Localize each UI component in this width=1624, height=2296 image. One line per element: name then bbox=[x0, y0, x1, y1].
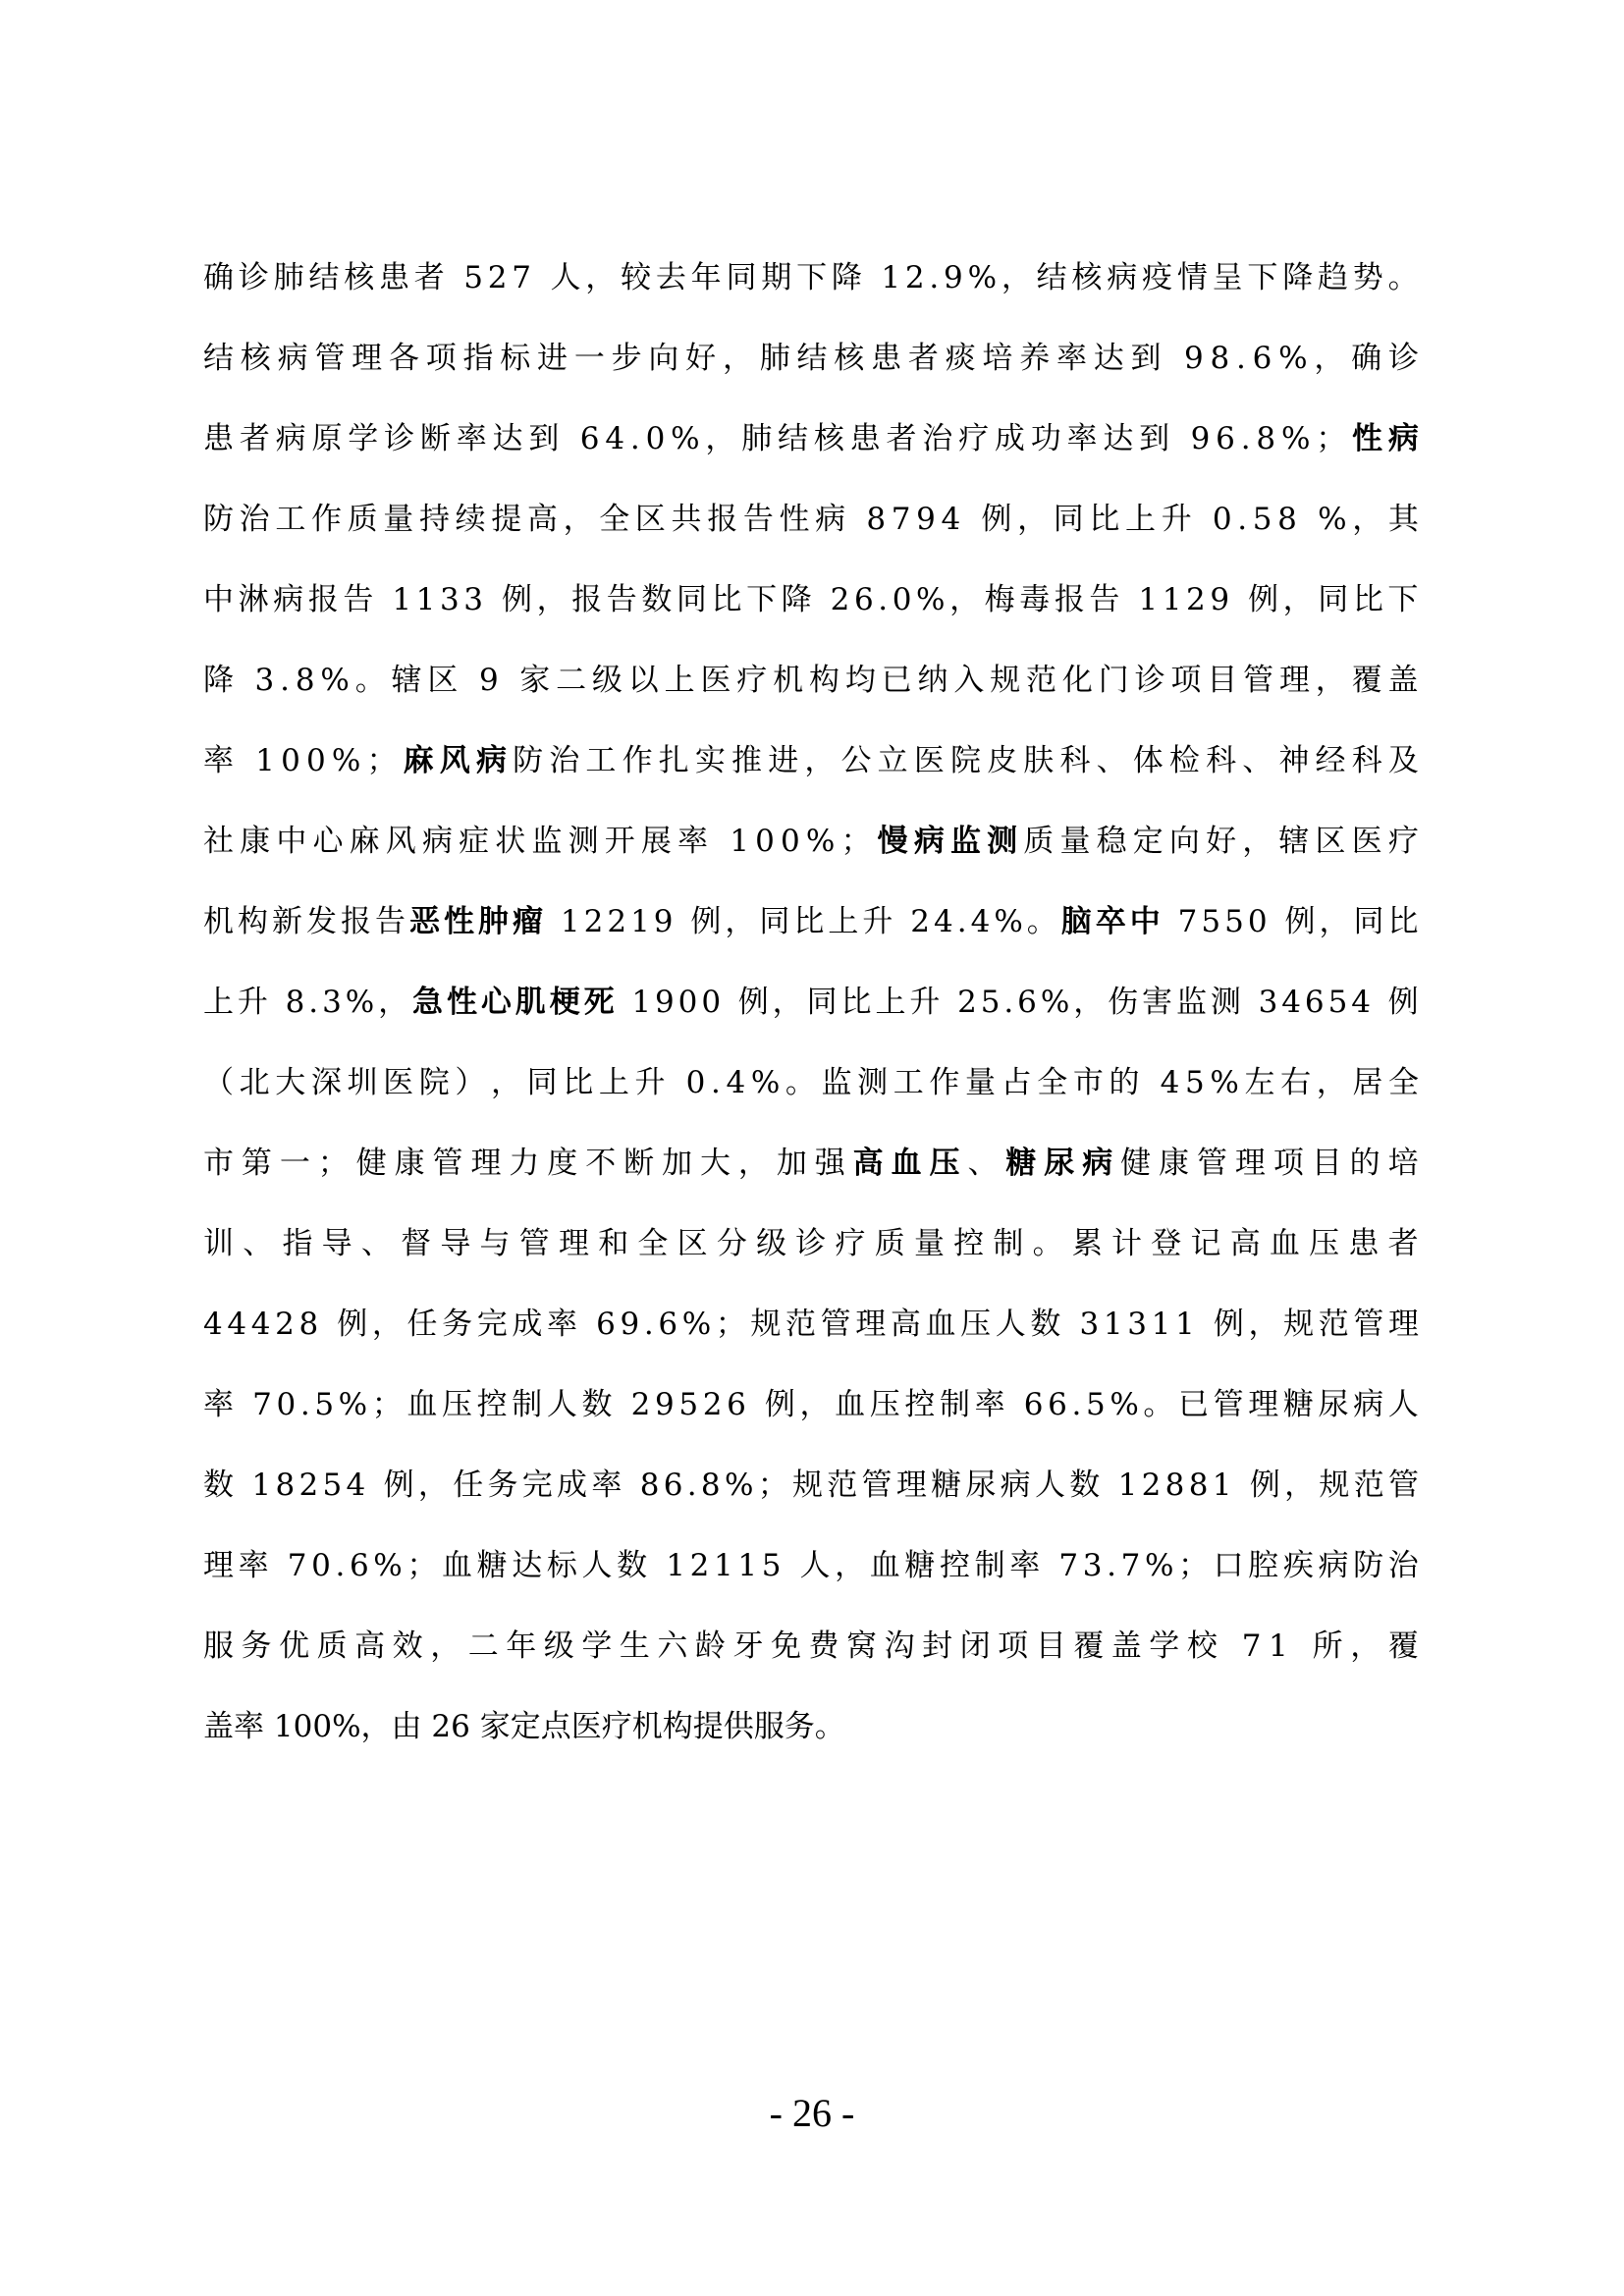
text-char bbox=[1245, 978, 1255, 1058]
text-char bbox=[1167, 334, 1177, 414]
text-char: 结 bbox=[778, 414, 808, 495]
text-char bbox=[1175, 414, 1185, 495]
text-char: 报 bbox=[571, 575, 602, 656]
text-char: 5 bbox=[322, 1461, 342, 1541]
text-char: 区 bbox=[1316, 817, 1346, 897]
text-char: 化 bbox=[1062, 656, 1093, 736]
text-char: 情 bbox=[1177, 253, 1208, 334]
highlighted-term-char: 高 bbox=[853, 1139, 884, 1219]
text-line: 理率 70.6%；血糖达标人数 12115 人，血糖控制率 73.7%；口腔疾病… bbox=[203, 1541, 1419, 1622]
text-char: 腔 bbox=[1248, 1541, 1278, 1622]
text-char bbox=[1199, 1300, 1209, 1380]
text-char: 4 bbox=[1351, 978, 1371, 1058]
text-char bbox=[652, 1541, 662, 1622]
text-char: 其 bbox=[1388, 495, 1419, 575]
text-char: 报 bbox=[707, 495, 737, 575]
text-char: 率 bbox=[203, 1380, 234, 1461]
text-char: 高 bbox=[891, 1300, 921, 1380]
text-char: . bbox=[1236, 334, 1246, 414]
text-char: 5 bbox=[1224, 897, 1244, 978]
text-char: 7 bbox=[892, 495, 911, 575]
text-line: 服务优质高效，二年级学生六龄牙免费窝沟封闭项目覆盖学校 71 所，覆 bbox=[203, 1622, 1419, 1702]
text-char: 例 bbox=[1284, 897, 1315, 978]
text-char: 服 bbox=[754, 1702, 785, 1783]
text-char: 康 bbox=[1159, 1139, 1189, 1219]
text-char: 标 bbox=[500, 334, 530, 414]
text-char: 1 bbox=[416, 575, 436, 656]
text-char: 心 bbox=[312, 817, 343, 897]
text-char: 4 bbox=[971, 897, 991, 978]
text-char: 例 bbox=[384, 1461, 414, 1541]
document-page: 确诊肺结核患者 527 人，较去年同期下降 12.9%，结核病疫情呈下降趋势。结… bbox=[0, 0, 1624, 2296]
text-char: 及 bbox=[1388, 736, 1419, 817]
text-char: 各 bbox=[389, 334, 419, 414]
highlighted-term-char: 尿 bbox=[1044, 1139, 1074, 1219]
text-char: 达 bbox=[512, 1541, 542, 1622]
text-char: 8 bbox=[1189, 1461, 1209, 1541]
text-char: 持 bbox=[419, 495, 450, 575]
text-char: 门 bbox=[1099, 656, 1129, 736]
text-char: 已 bbox=[882, 656, 912, 736]
text-char bbox=[816, 575, 826, 656]
text-char: 推 bbox=[731, 736, 762, 817]
text-char: 0 bbox=[276, 1380, 296, 1461]
text-line: （北大深圳医院），同比上升 0.4%。监测工作量占全市的 45%左右，居全 bbox=[203, 1058, 1419, 1139]
text-char: 6 bbox=[1253, 334, 1272, 414]
text-char: 到 bbox=[528, 414, 559, 495]
text-char: 升 bbox=[909, 978, 940, 1058]
text-char: 1 bbox=[714, 1541, 733, 1622]
text-char: ； bbox=[1316, 414, 1346, 495]
text-char: 数 bbox=[641, 575, 672, 656]
text-char: 强 bbox=[815, 1139, 845, 1219]
text-char: 计 bbox=[1111, 1219, 1142, 1300]
text-char: ， bbox=[1319, 897, 1349, 978]
text-char: 5 bbox=[1253, 495, 1272, 575]
text-char: 范 bbox=[827, 1461, 857, 1541]
text-char: 9 bbox=[944, 253, 963, 334]
highlighted-term-char: 糖 bbox=[1005, 1139, 1036, 1219]
text-char: 进 bbox=[537, 334, 568, 414]
text-char bbox=[378, 575, 388, 656]
text-char bbox=[1295, 1622, 1305, 1702]
text-char: 已 bbox=[1178, 1380, 1209, 1461]
text-char: 势 bbox=[1353, 253, 1383, 334]
text-char: 理 bbox=[1388, 1300, 1419, 1380]
text-char: % bbox=[1041, 978, 1069, 1058]
text-char: 医 bbox=[700, 656, 731, 736]
text-char: . bbox=[711, 1058, 721, 1139]
text-char: 尿 bbox=[1319, 1380, 1349, 1461]
text-char bbox=[671, 1058, 680, 1139]
text-char: 高 bbox=[354, 1622, 385, 1702]
text-char: 供 bbox=[724, 1702, 754, 1783]
text-char: 标 bbox=[547, 1541, 577, 1622]
text-char: 1 bbox=[561, 897, 580, 978]
text-char: 的 bbox=[1350, 1139, 1380, 1219]
text-char: . bbox=[929, 253, 939, 334]
text-char: 治 bbox=[549, 736, 579, 817]
text-char: 度 bbox=[547, 1139, 577, 1219]
text-char: 告 bbox=[343, 575, 373, 656]
text-char: 确 bbox=[203, 253, 234, 334]
text-char: 二 bbox=[468, 1622, 499, 1702]
text-char: . bbox=[644, 1300, 654, 1380]
text-char: 覆 bbox=[1073, 1622, 1104, 1702]
text-char: 压 bbox=[442, 1380, 472, 1461]
highlighted-term-char: 性 bbox=[1352, 414, 1382, 495]
text-char: 、 bbox=[1097, 736, 1127, 817]
text-char: 监 bbox=[822, 1058, 852, 1139]
text-char: 务 bbox=[442, 1300, 472, 1380]
highlighted-term-char: 梗 bbox=[550, 978, 580, 1058]
text-char: 4 bbox=[942, 495, 961, 575]
text-char: 人 bbox=[996, 1300, 1026, 1380]
text-char: 健 bbox=[356, 1139, 387, 1219]
text-char: 构 bbox=[809, 656, 839, 736]
text-char: 压 bbox=[960, 1300, 991, 1380]
text-char: 高 bbox=[527, 495, 558, 575]
text-char: 糖 bbox=[477, 1541, 508, 1622]
text-char: 9 bbox=[1191, 414, 1211, 495]
text-char: 好 bbox=[1206, 817, 1236, 897]
text-char: 指 bbox=[282, 1219, 312, 1300]
text-char: 培 bbox=[1388, 1139, 1419, 1219]
text-char: 诊 bbox=[795, 1219, 826, 1300]
text-char: 社 bbox=[203, 817, 234, 897]
text-char: 上 bbox=[599, 1058, 629, 1139]
text-char: 上 bbox=[665, 656, 695, 736]
highlighted-term-char: 病 bbox=[476, 736, 507, 817]
highlighted-term-char: 性 bbox=[444, 897, 474, 978]
text-char: 4 bbox=[605, 414, 624, 495]
text-char: 糖 bbox=[1283, 1380, 1314, 1461]
text-char: 病 bbox=[276, 414, 306, 495]
text-char: 指 bbox=[462, 334, 493, 414]
text-char: 到 bbox=[1139, 414, 1169, 495]
text-char: 高 bbox=[1230, 1219, 1261, 1300]
text-char: 肺 bbox=[741, 414, 772, 495]
text-line: 市第一；健康管理力度不断加大，加强高血压、糖尿病健康管理项目的培 bbox=[203, 1139, 1419, 1219]
text-char: 、 bbox=[243, 1219, 273, 1300]
text-char: 康 bbox=[395, 1139, 425, 1219]
text-char: 加 bbox=[777, 1139, 807, 1219]
text-char: 0 bbox=[781, 817, 800, 897]
text-char: 皮 bbox=[987, 736, 1017, 817]
text-char bbox=[238, 1461, 247, 1541]
text-char: 上 bbox=[875, 978, 905, 1058]
text-char: ， bbox=[1001, 253, 1032, 334]
text-char: 。 bbox=[1027, 897, 1057, 978]
text-char: 。 bbox=[1388, 253, 1419, 334]
text-char: ； bbox=[841, 817, 872, 897]
text-char: 8 bbox=[1165, 1461, 1185, 1541]
text-char: 比 bbox=[841, 978, 872, 1058]
text-char: 一 bbox=[574, 334, 605, 414]
text-char: 3 bbox=[255, 656, 275, 736]
text-char: 下 bbox=[1247, 253, 1277, 334]
text-char: 管 bbox=[1214, 1380, 1244, 1461]
text-char: 疗 bbox=[602, 1702, 632, 1783]
text-char: 5 bbox=[1185, 1058, 1205, 1139]
text-char: 1 bbox=[1269, 1622, 1288, 1702]
text-char: 去 bbox=[656, 253, 686, 334]
text-char: 疫 bbox=[1142, 253, 1172, 334]
text-char bbox=[273, 1541, 283, 1622]
text-char: 上 bbox=[828, 897, 858, 978]
text-char: 进 bbox=[768, 736, 798, 817]
text-char: 5 bbox=[1328, 978, 1348, 1058]
text-char bbox=[1045, 1541, 1055, 1622]
text-char: 3 bbox=[322, 978, 342, 1058]
text-char: 工 bbox=[893, 1058, 924, 1139]
text-char: 质 bbox=[317, 1622, 348, 1702]
text-char bbox=[851, 495, 861, 575]
text-char: 上 bbox=[203, 978, 234, 1058]
text-char: 管 bbox=[821, 1300, 851, 1380]
text-char: 范 bbox=[1319, 1300, 1349, 1380]
text-char: 北 bbox=[240, 1058, 270, 1139]
text-char: 0 bbox=[701, 978, 721, 1058]
text-char: 圳 bbox=[348, 1058, 378, 1139]
text-char: 例 bbox=[1248, 575, 1278, 656]
text-char bbox=[750, 1380, 760, 1461]
text-char: % bbox=[806, 817, 835, 897]
text-char: 范 bbox=[1354, 1461, 1384, 1541]
text-char bbox=[505, 656, 514, 736]
text-char: ， bbox=[804, 736, 835, 817]
highlighted-term-char: 风 bbox=[440, 736, 470, 817]
text-char: 1 bbox=[1138, 575, 1158, 656]
text-char: % bbox=[1110, 1380, 1138, 1461]
text-char: . bbox=[957, 897, 967, 978]
text-char: 机 bbox=[632, 1702, 663, 1783]
text-char bbox=[1236, 1461, 1246, 1541]
text-char: 康 bbox=[240, 817, 270, 897]
text-char: 4 bbox=[934, 897, 953, 978]
highlighted-term-char: 病 bbox=[1388, 414, 1419, 495]
text-char: ； bbox=[318, 1139, 349, 1219]
text-char: 2 bbox=[298, 1461, 318, 1541]
text-char: 例 bbox=[502, 575, 532, 656]
text-char: 稳 bbox=[1097, 817, 1127, 897]
text-char: 控 bbox=[940, 1541, 970, 1622]
text-char: 4 bbox=[251, 1300, 271, 1380]
text-char: 范 bbox=[1026, 656, 1056, 736]
text-char: 窝 bbox=[846, 1622, 877, 1702]
text-char: 一 bbox=[280, 1139, 310, 1219]
text-char: 血 bbox=[1270, 1219, 1300, 1300]
text-char: 疗 bbox=[1388, 817, 1419, 897]
text-char: 1 bbox=[1104, 1300, 1123, 1380]
text-char: 防 bbox=[513, 736, 543, 817]
text-char bbox=[1303, 495, 1313, 575]
text-char: % bbox=[346, 978, 374, 1058]
text-char: 5 bbox=[1201, 897, 1220, 978]
body-paragraph: 确诊肺结核患者 527 人，较去年同期下降 12.9%，结核病疫情呈下降趋势。结… bbox=[203, 253, 1419, 1783]
highlighted-term-char: 瘤 bbox=[513, 897, 543, 978]
text-char: 0 bbox=[755, 817, 775, 897]
text-char bbox=[1145, 1058, 1155, 1139]
text-line: 社康中心麻风病症状监测开展率 100%；慢病监测质量稳定向好，辖区医疗 bbox=[203, 817, 1419, 897]
highlighted-term-char: 性 bbox=[447, 978, 477, 1058]
text-char: 7 bbox=[1178, 897, 1198, 978]
text-char: 校 bbox=[1187, 1622, 1218, 1702]
text-char: 原 bbox=[311, 414, 342, 495]
text-char: 医 bbox=[914, 736, 945, 817]
text-char: 龄 bbox=[695, 1622, 726, 1702]
text-char: 左 bbox=[1244, 1058, 1274, 1139]
text-char: 例 bbox=[765, 1380, 795, 1461]
text-char: 断 bbox=[420, 414, 451, 495]
text-char: 8 bbox=[701, 1461, 721, 1541]
text-char: 向 bbox=[1169, 817, 1200, 897]
text-char: ， bbox=[1284, 1461, 1315, 1541]
text-char: 4 bbox=[203, 1300, 223, 1380]
text-char: ， bbox=[723, 334, 753, 414]
text-char: 诊 bbox=[239, 253, 269, 334]
text-char: 结 bbox=[203, 334, 234, 414]
text-char: 0 bbox=[312, 1702, 332, 1783]
text-char: 者 bbox=[1388, 1219, 1419, 1300]
text-char: 者 bbox=[240, 414, 270, 495]
text-char: 体 bbox=[1133, 736, 1164, 817]
text-char: 2 bbox=[905, 253, 925, 334]
text-char: 。 bbox=[1143, 1380, 1173, 1461]
text-char: % bbox=[1210, 1058, 1238, 1139]
text-char: 9 bbox=[1184, 334, 1204, 414]
text-char: 结 bbox=[797, 334, 828, 414]
text-char: 1 bbox=[274, 1702, 294, 1783]
text-char: 比 bbox=[793, 897, 824, 978]
text-char: 6 bbox=[580, 414, 600, 495]
text-char: 提 bbox=[693, 1702, 724, 1783]
text-char: 4 bbox=[346, 1461, 365, 1541]
text-char: 疗 bbox=[736, 656, 767, 736]
text-char: 年 bbox=[691, 253, 722, 334]
text-char: 作 bbox=[311, 495, 342, 575]
text-char: 沟 bbox=[885, 1622, 915, 1702]
text-char: 质 bbox=[875, 1219, 905, 1300]
text-char: 全 bbox=[1037, 1058, 1067, 1139]
text-char: 告 bbox=[375, 897, 406, 978]
text-char: 同 bbox=[1054, 495, 1084, 575]
text-char: 步 bbox=[612, 334, 642, 414]
text-char: ， bbox=[1017, 495, 1048, 575]
text-char: 区 bbox=[635, 495, 666, 575]
text-char: 理 bbox=[559, 1219, 589, 1300]
text-char: 管 bbox=[314, 334, 345, 414]
text-char: 项 bbox=[426, 334, 457, 414]
text-char: 1 bbox=[251, 1461, 271, 1541]
text-char: 2 bbox=[831, 575, 850, 656]
text-char: 下 bbox=[1387, 575, 1418, 656]
text-char: 分 bbox=[717, 1219, 747, 1300]
text-char: 0 bbox=[686, 1058, 706, 1139]
text-char: 3 bbox=[1080, 1300, 1100, 1380]
text-char: 区 bbox=[677, 1219, 708, 1300]
text-line: 患者病原学诊断率达到 64.0%，肺结核患者治疗成功率达到 96.8%；性病 bbox=[203, 414, 1419, 495]
text-char: 诊 bbox=[384, 414, 414, 495]
text-char: 2 bbox=[431, 1702, 451, 1783]
text-char: 、 bbox=[1242, 736, 1272, 817]
text-char: . bbox=[1003, 978, 1013, 1058]
text-char: 核 bbox=[814, 414, 844, 495]
text-char: 6 bbox=[596, 1300, 616, 1380]
text-char: % bbox=[1278, 334, 1307, 414]
text-char: 1 bbox=[631, 978, 651, 1058]
text-char: 6 bbox=[1017, 978, 1037, 1058]
highlighted-term-char: 心 bbox=[481, 978, 512, 1058]
text-char: 费 bbox=[809, 1622, 839, 1702]
highlighted-term-char: 压 bbox=[930, 1139, 960, 1219]
text-char: 患 bbox=[203, 414, 234, 495]
text-char: 8 bbox=[1210, 334, 1229, 414]
text-char: 患 bbox=[850, 414, 881, 495]
text-char: 构 bbox=[238, 897, 268, 978]
text-char: 降 bbox=[203, 656, 234, 736]
text-line: 上升 8.3%，急性心肌梗死 1900 例，同比上升 25.6%，伤害监测 34… bbox=[203, 978, 1419, 1058]
text-char: 好 bbox=[685, 334, 716, 414]
text-char: 4 bbox=[726, 1058, 745, 1139]
text-char: 比 bbox=[1353, 575, 1383, 656]
text-char: % bbox=[751, 1058, 780, 1139]
text-char: 例 bbox=[1388, 978, 1419, 1058]
text-char: 8 bbox=[298, 1300, 318, 1380]
text-char: 比 bbox=[563, 1058, 593, 1139]
text-char: 训 bbox=[203, 1219, 234, 1300]
highlighted-term-char: 测 bbox=[987, 817, 1017, 897]
text-char: 4 bbox=[227, 1300, 246, 1380]
text-char: % bbox=[320, 656, 349, 736]
text-char: 管 bbox=[519, 1219, 550, 1300]
text-char: 者 bbox=[886, 414, 916, 495]
text-char: 率 bbox=[591, 1461, 622, 1541]
text-char: 作 bbox=[929, 1058, 959, 1139]
text-char: 工 bbox=[275, 495, 305, 575]
text-char bbox=[488, 575, 498, 656]
text-char: 导 bbox=[322, 1219, 352, 1300]
text-line: 确诊肺结核患者 527 人，较去年同期下降 12.9%，结核病疫情呈下降趋势。 bbox=[203, 253, 1419, 334]
text-char: ； bbox=[372, 1380, 403, 1461]
text-char: 病 bbox=[1001, 1461, 1031, 1541]
text-char: 构 bbox=[663, 1702, 693, 1783]
text-char: 防 bbox=[1353, 1541, 1383, 1622]
text-char: 规 bbox=[1283, 1300, 1314, 1380]
highlighted-term-char: 卒 bbox=[1096, 897, 1126, 978]
text-char: 9 bbox=[916, 495, 936, 575]
text-char: 盖 bbox=[1387, 656, 1418, 736]
text-char: 率 bbox=[457, 414, 487, 495]
text-char: 管 bbox=[1388, 1461, 1419, 1541]
text-char: 病 bbox=[422, 817, 453, 897]
text-char: % bbox=[916, 575, 945, 656]
text-char: 率 bbox=[203, 736, 234, 817]
page-number: - 26 - bbox=[0, 2089, 1624, 2138]
text-char: 结 bbox=[308, 253, 339, 334]
text-char: 大 bbox=[275, 1058, 305, 1139]
text-char: 8 bbox=[296, 656, 315, 736]
text-char: 病 bbox=[1107, 253, 1137, 334]
text-char: 务 bbox=[487, 1461, 517, 1541]
text-char bbox=[470, 1702, 480, 1783]
text-char: 健 bbox=[1120, 1139, 1151, 1219]
text-char: 学 bbox=[581, 1622, 612, 1702]
highlighted-term-char: 脑 bbox=[1061, 897, 1092, 978]
text-char: 6 bbox=[1216, 414, 1235, 495]
text-char: 全 bbox=[637, 1219, 668, 1300]
text-char: 风 bbox=[386, 817, 416, 897]
